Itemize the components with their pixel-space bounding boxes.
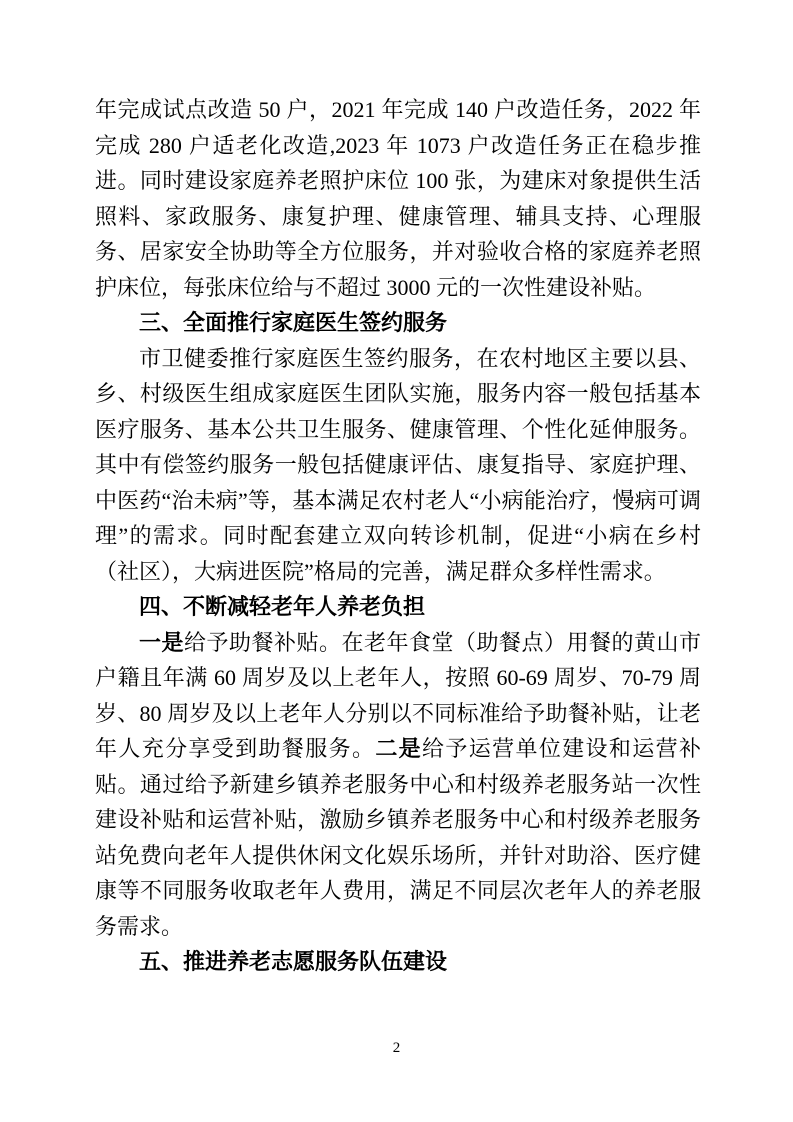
paragraph-family-doctor-service: 市卫健委推行家庭医生签约服务，在农村地区主要以县、乡、村级医生组成家庭医生团队实… bbox=[95, 341, 701, 590]
document-page: 年完成试点改造 50 户，2021 年完成 140 户改造任务，2022 年完成… bbox=[0, 0, 793, 1122]
paragraph-renovation-continuation: 年完成试点改造 50 户，2021 年完成 140 户改造任务，2022 年完成… bbox=[95, 92, 701, 305]
section-heading-three: 三、全面推行家庭医生签约服务 bbox=[95, 305, 701, 341]
text-run-operation-subsidy: 给予运营单位建设和运营补贴。通过给予新建乡镇养老服务中心和村级养老服务站一次性建… bbox=[95, 736, 701, 939]
section-heading-five: 五、推进养老志愿服务队伍建设 bbox=[95, 944, 701, 980]
page-body-text: 年完成试点改造 50 户，2021 年完成 140 户改造任务，2022 年完成… bbox=[95, 92, 701, 980]
page-number: 2 bbox=[0, 1038, 793, 1058]
section-heading-four: 四、不断减轻老年人养老负担 bbox=[95, 589, 701, 625]
paragraph-elderly-subsidies: 一是给予助餐补贴。在老年食堂（助餐点）用餐的黄山市户籍且年满 60 周岁及以上老… bbox=[95, 625, 701, 945]
bold-run-first: 一是 bbox=[139, 630, 184, 655]
bold-run-second: 二是 bbox=[375, 736, 422, 761]
